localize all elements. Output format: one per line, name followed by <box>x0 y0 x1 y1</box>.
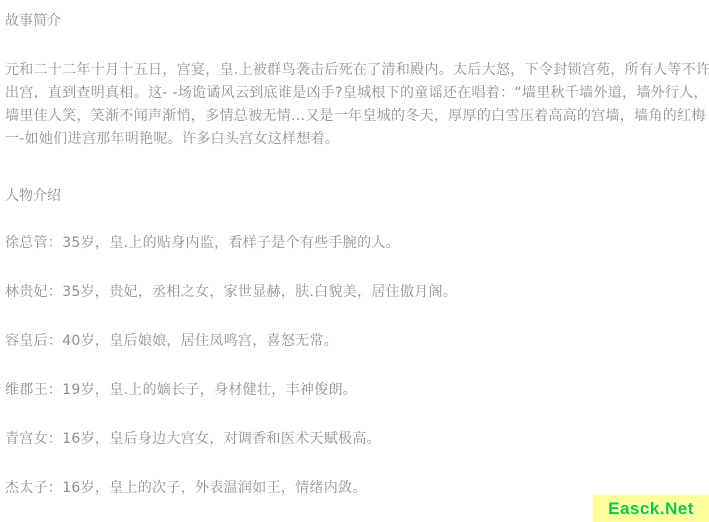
character-list: 徐总管：35岁，皇.上的贴身内监，看样子是个有些手腕的人。 林贵妃：35岁，贵妃… <box>5 232 709 500</box>
character-entry: 林贵妃：35岁，贵妃，丞相之女，家世显赫，肤.白貌美，居住傲月阁。 <box>5 281 709 304</box>
character-entry: 青宫女：16岁，皇后身边大宫女，对调香和医术天赋极高。 <box>5 428 709 451</box>
character-entry: 维郡王：19岁，皇.上的嫡长子，身材健壮，丰神俊朗。 <box>5 379 709 402</box>
character-entry: 徐总管：35岁，皇.上的贴身内监，看样子是个有些手腕的人。 <box>5 232 709 255</box>
watermark-badge: Easck.Net <box>593 495 709 522</box>
character-entry: 容皇后：40岁，皇后娘娘，居住凤鸣宫，喜怒无常。 <box>5 330 709 353</box>
story-paragraph-line: 墙里佳人笑，笑渐不闻声渐悄，多情总被无情...又是一年皇城的冬天，厚厚的白雪压着… <box>5 105 709 128</box>
watermark-label: Easck.Net <box>608 500 694 517</box>
story-paragraph-line: 元和二十二年十月十五日，宫宴，皇.上被群鸟袭击后死在了清和殿内。太后大怒，下令封… <box>5 59 709 82</box>
characters-section-heading: 人物介绍 <box>5 185 709 208</box>
story-paragraph: 元和二十二年十月十五日，宫宴，皇.上被群鸟袭击后死在了清和殿内。太后大怒，下令封… <box>5 59 709 151</box>
story-paragraph-line: 一-如她们进宫那年明艳呢。许多白头宫女这样想着。 <box>5 128 709 151</box>
story-section-heading: 故事简介 <box>5 10 709 33</box>
document-body: 故事简介 元和二十二年十月十五日，宫宴，皇.上被群鸟袭击后死在了清和殿内。太后大… <box>0 0 709 500</box>
story-paragraph-line: 出宫，直到查明真相。这- -场诡谲风云到底谁是凶手?皇城根下的童谣还在唱着：“墙… <box>5 82 709 105</box>
